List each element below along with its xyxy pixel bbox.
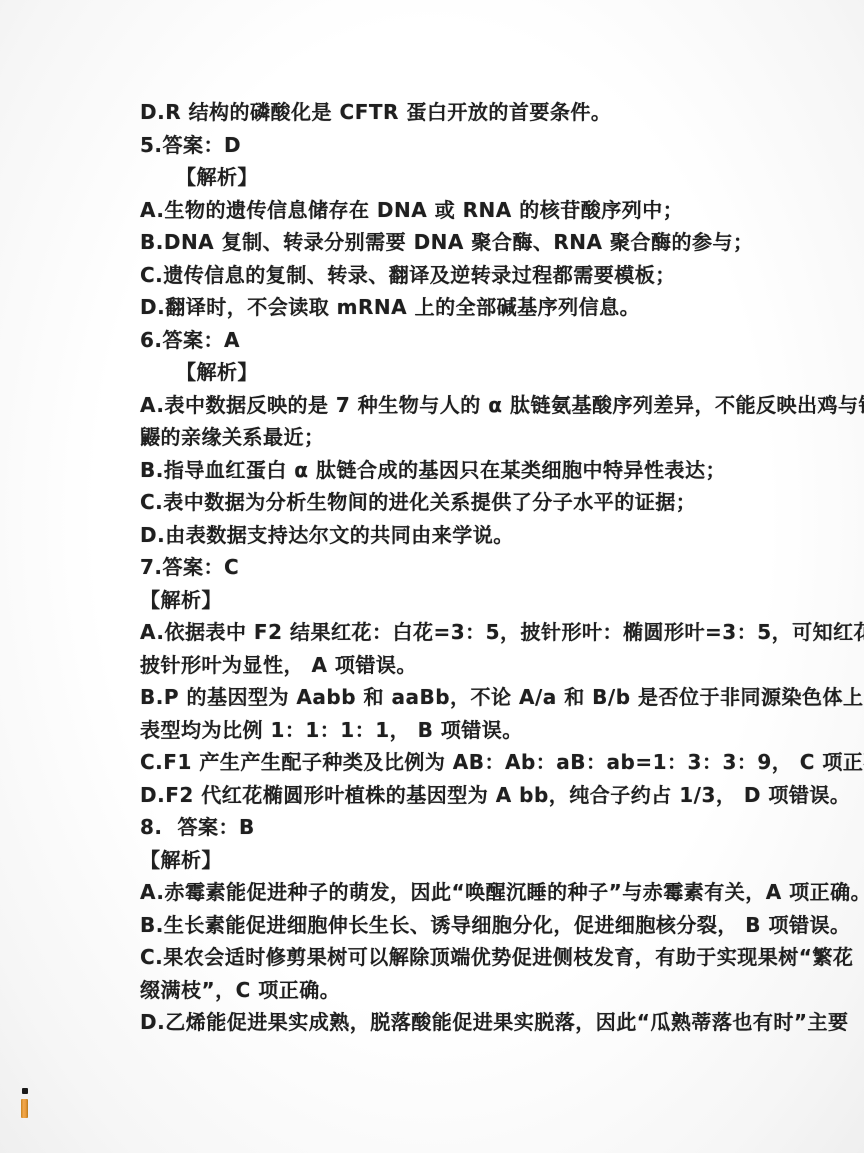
- text-line: B.指导血红蛋白 α 肽链合成的基因只在某类细胞中特异性表达；: [140, 454, 760, 487]
- text-line: C.表中数据为分析生物间的进化关系提供了分子水平的证据；: [140, 486, 760, 519]
- text-line: C.果农会适时修剪果树可以解除顶端优势促进侧枝发育，有助于实现果树“繁花: [140, 941, 760, 974]
- text-line: 7.答案：C: [140, 551, 760, 584]
- text-line: D.F2 代红花椭圆形叶植株的基因型为 A bb，纯合子约占 1/3， D 项错…: [140, 779, 760, 812]
- page-corner-marker: [21, 1088, 31, 1120]
- text-line: D.由表数据支持达尔文的共同由来学说。: [140, 519, 760, 552]
- text-line: 5.答案：D: [140, 129, 760, 162]
- text-line: B.生长素能促进细胞伸长生长、诱导细胞分化，促进细胞核分裂， B 项错误。: [140, 909, 760, 942]
- text-line: 【解析】: [140, 161, 760, 194]
- text-line: A.依据表中 F2 结果红花：白花=3：5，披针形叶：椭圆形叶=3：5，可知红花…: [140, 616, 760, 649]
- text-line: 【解析】: [140, 356, 760, 389]
- marker-dot-icon: [22, 1088, 28, 1094]
- text-line: D.翻译时，不会读取 mRNA 上的全部碱基序列信息。: [140, 291, 760, 324]
- text-line: B.P 的基因型为 Aabb 和 aaBb，不论 A/a 和 B/b 是否位于非…: [140, 681, 760, 714]
- document-page: D.R 结构的磷酸化是 CFTR 蛋白开放的首要条件。5.答案：D【解析】A.生…: [0, 0, 864, 1153]
- text-line: D.R 结构的磷酸化是 CFTR 蛋白开放的首要条件。: [140, 96, 760, 129]
- answer-key-text-block: D.R 结构的磷酸化是 CFTR 蛋白开放的首要条件。5.答案：D【解析】A.生…: [140, 96, 760, 1039]
- marker-bar-icon: [21, 1099, 28, 1118]
- text-line: 【解析】: [140, 584, 760, 617]
- text-line: 披针形叶为显性， A 项错误。: [140, 649, 760, 682]
- text-line: D.乙烯能促进果实成熟，脱落酸能促进果实脱落，因此“瓜熟蒂落也有时”主要: [140, 1006, 760, 1039]
- text-line: A.赤霉素能促进种子的萌发，因此“唤醒沉睡的种子”与赤霉素有关，A 项正确。: [140, 876, 760, 909]
- text-line: A.表中数据反映的是 7 种生物与人的 α 肽链氨基酸序列差异，不能反映出鸡与针: [140, 389, 760, 422]
- text-line: 8. 答案：B: [140, 811, 760, 844]
- text-line: B.DNA 复制、转录分别需要 DNA 聚合酶、RNA 聚合酶的参与；: [140, 226, 760, 259]
- text-line: 鼹的亲缘关系最近；: [140, 421, 760, 454]
- text-line: C.遗传信息的复制、转录、翻译及逆转录过程都需要模板；: [140, 259, 760, 292]
- text-line: C.F1 产生产生配子种类及比例为 AB：Ab：aB：ab=1：3：3：9， C…: [140, 746, 760, 779]
- text-line: A.生物的遗传信息储存在 DNA 或 RNA 的核苷酸序列中；: [140, 194, 760, 227]
- text-line: 表型均为比例 1：1：1：1， B 项错误。: [140, 714, 760, 747]
- text-line: 【解析】: [140, 844, 760, 877]
- text-line: 6.答案：A: [140, 324, 760, 357]
- text-line: 缀满枝”，C 项正确。: [140, 974, 760, 1007]
